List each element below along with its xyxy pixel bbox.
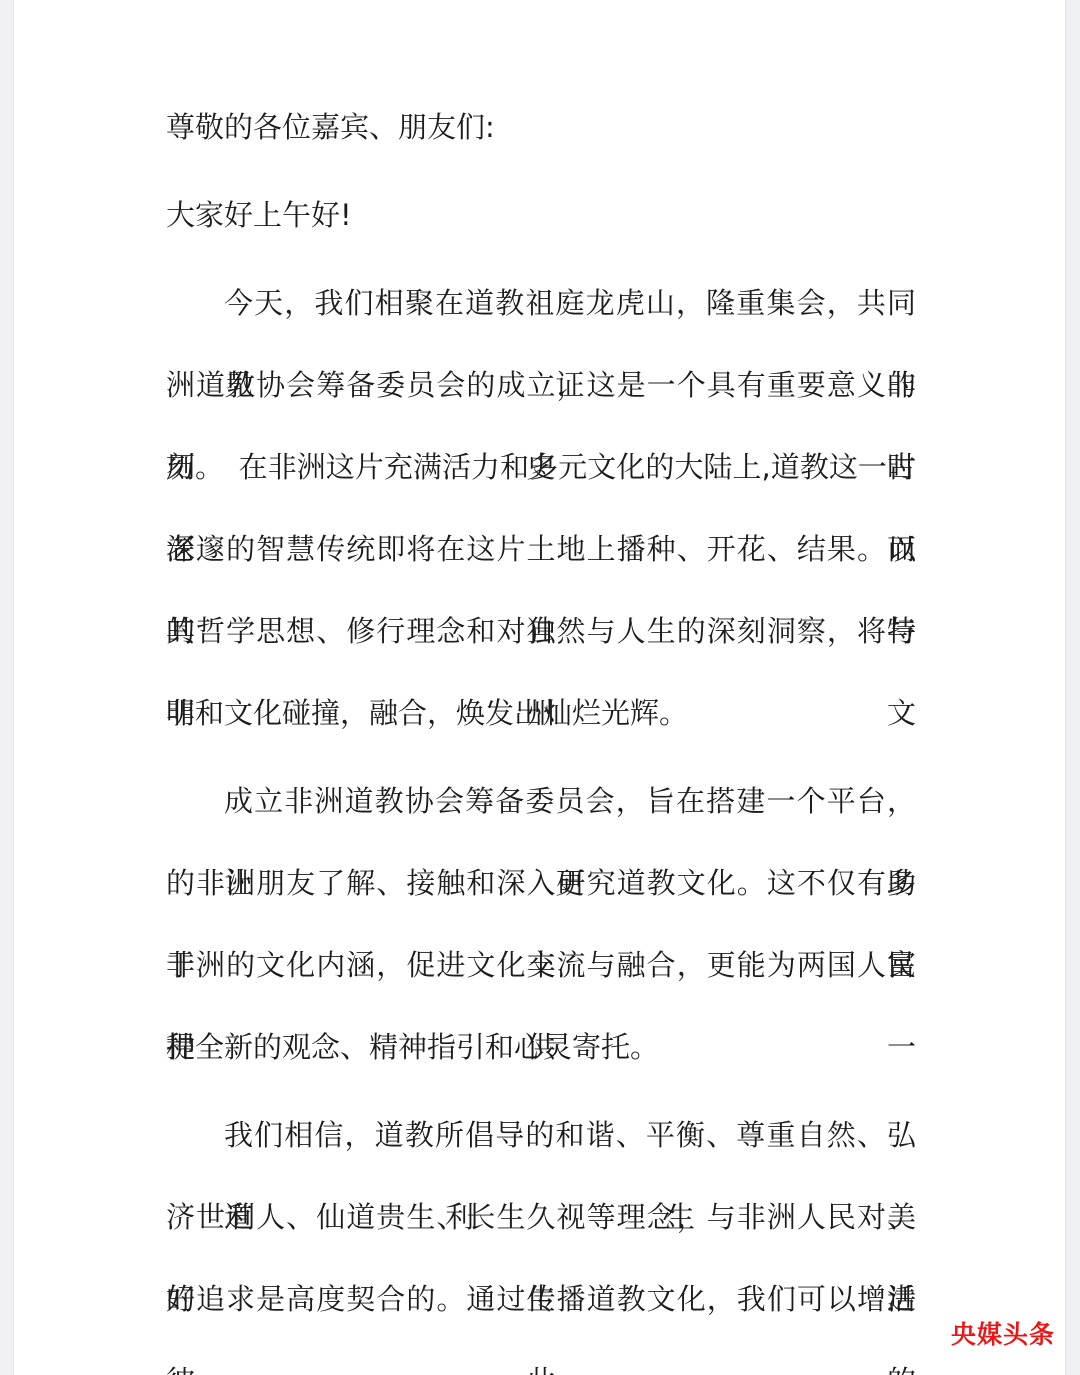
text-line: 洲道教协会筹备委员会的成立，这是一个具有重要意义的历史时 [166, 344, 916, 426]
document-body-text: 尊敬的各位嘉宾、朋友们: 大家好上午好! 今天，我们相聚在道教祖庭龙虎山，隆重集… [166, 86, 916, 1340]
text-line: 成立非洲道教协会筹备委员会，旨在搭建一个平台，让更多 [166, 760, 916, 842]
text-line: 刻。 在非洲这片充满活力和多元文化的大陆上,道教这一古老而 [166, 426, 916, 508]
text-line: 的非洲朋友了解、接触和深入研究道教文化。这不仅有助于丰富 [166, 842, 916, 924]
text-line: 大家好上午好! [166, 174, 916, 256]
text-line: 的追求是高度契合的。通过传播道教文化，我们可以增进彼此的 [166, 1258, 916, 1340]
text-line: 尊敬的各位嘉宾、朋友们: [166, 86, 916, 168]
text-line: 深邃的智慧传统即将在这片土地上播种、开花、结果。以其独特 [166, 508, 916, 590]
text-line: 非洲的文化内涵，促进文化交流与融合，更能为两国人民提供一 [166, 924, 916, 1006]
text-line: 的哲学思想、修行理念和对自然与人生的深刻洞察，将与非州文 [166, 590, 916, 672]
text-line: 济世利人、仙道贵生、长生久视等理念，与非洲人民对美好生活 [166, 1176, 916, 1258]
text-line: 我们相信，道教所倡导的和谐、平衡、尊重自然、弘道利生、 [166, 1094, 916, 1176]
watermark-logo: 央媒头条 [951, 1315, 1055, 1351]
text-line: 今天，我们相聚在道教祖庭龙虎山，隆重集会，共同见证非 [166, 262, 916, 344]
document-page: 尊敬的各位嘉宾、朋友们: 大家好上午好! 今天，我们相聚在道教祖庭龙虎山，隆重集… [13, 0, 1066, 1375]
